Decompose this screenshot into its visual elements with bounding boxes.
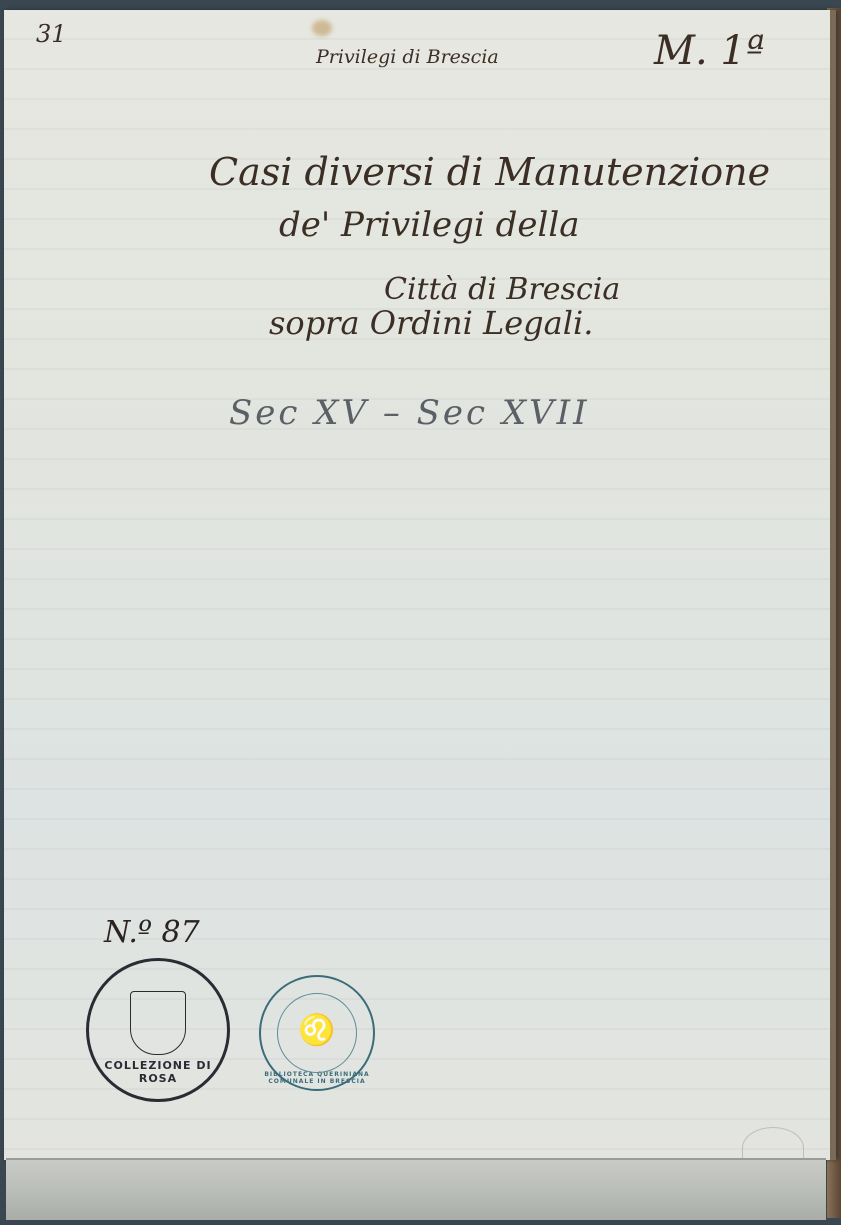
date-range-note: Sec XV – Sec XVII — [229, 393, 590, 433]
header-note: Privilegi di Brescia — [316, 46, 499, 68]
title-line-1: Casi diversi di Manutenzione — [209, 150, 770, 194]
stamp-text: BIBLIOTECA QUERINIANA COMUNALE IN BRESCI… — [261, 1071, 373, 1085]
folded-cover-edge — [6, 1158, 826, 1220]
stain — [312, 20, 332, 36]
shelfmark: M. 1ª — [654, 28, 765, 74]
lion-icon: ♌ — [298, 1013, 335, 1048]
stamp-text: COLLEZIONE DI ROSA — [89, 1059, 227, 1085]
coat-of-arms-icon — [130, 991, 186, 1055]
manuscript-page: 31 Privilegi di Brescia M. 1ª Casi diver… — [4, 10, 836, 1160]
title-line-4: sopra Ordini Legali. — [269, 304, 593, 342]
biblioteca-queriniana-stamp: ♌ BIBLIOTECA QUERINIANA COMUNALE IN BRES… — [259, 975, 375, 1091]
folio-number: 31 — [36, 20, 67, 48]
title-line-3: Città di Brescia — [384, 272, 620, 307]
collezione-di-rosa-stamp: COLLEZIONE DI ROSA — [86, 958, 230, 1102]
title-line-2: de' Privilegi della — [279, 205, 579, 245]
inventory-number: N.º 87 — [104, 915, 200, 950]
